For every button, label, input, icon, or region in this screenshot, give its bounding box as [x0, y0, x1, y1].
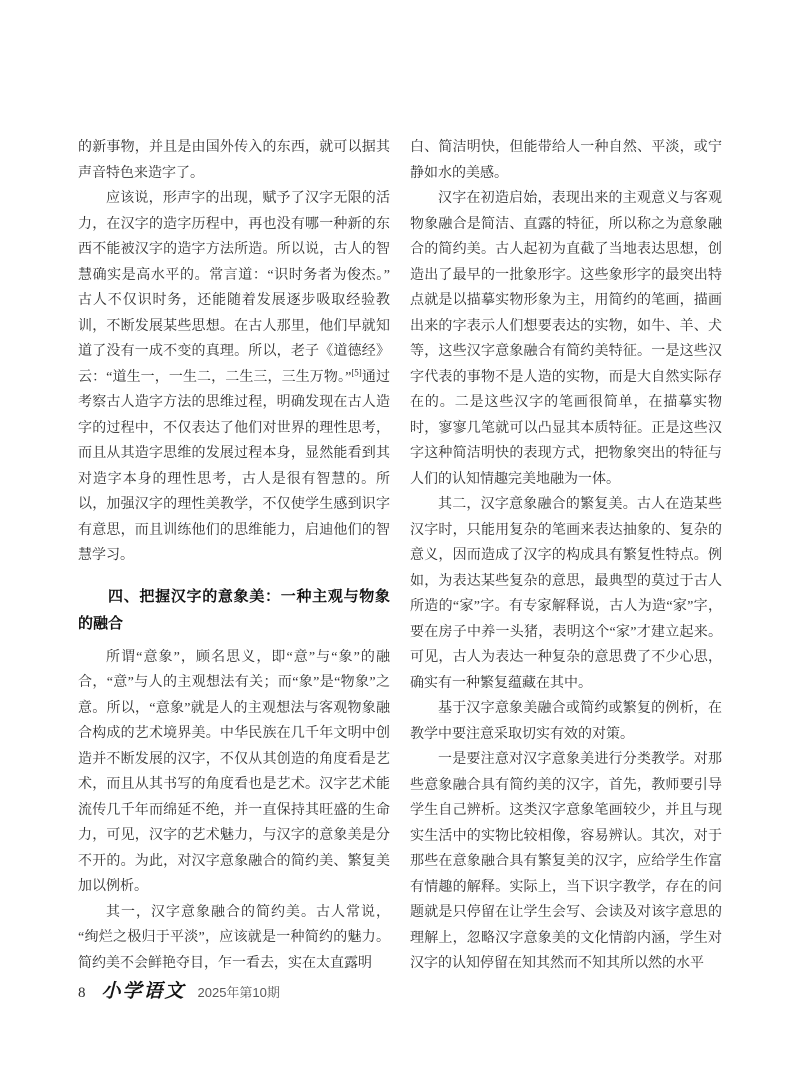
text-run: 所谓“意象”，顾名思义，即“意”与“象”的融合，“意”与人的主观想法有关；而“象…: [78, 650, 390, 895]
right-column: 白、简洁明快，但能带给人一种自然、平淡，或宁静如水的美感。汉字在初造启始，表现出…: [410, 135, 722, 977]
text-run: 四、把握汉字的意象美：一种主观与物象的融合: [78, 588, 390, 632]
body-paragraph: 所谓“意象”，顾名思义，即“意”与“象”的融合，“意”与人的主观想法有关；而“象…: [78, 645, 390, 900]
text-run: 的新事物，并且是由国外传入的东西，就可以据其声音特色来造字了。: [78, 140, 390, 181]
text-run: 应该说，形声字的出现，赋予了汉字无限的活力，在汉字的造字历程中，再也没有哪一种新…: [78, 191, 390, 385]
body-paragraph: 汉字在初造启始，表现出来的主观意义与客观物象融合是简洁、直露的特征，所以称之为意…: [410, 186, 722, 492]
journal-page: 的新事物，并且是由国外传入的东西，就可以据其声音特色来造字了。应该说，形声字的出…: [0, 0, 800, 1077]
text-run: 白、简洁明快，但能带给人一种自然、平淡，或宁静如水的美感。: [410, 140, 722, 181]
footnote-ref: [5]: [351, 367, 362, 377]
body-paragraph: 的新事物，并且是由国外传入的东西，就可以据其声音特色来造字了。: [78, 135, 390, 186]
article-body: 的新事物，并且是由国外传入的东西，就可以据其声音特色来造字了。应该说，形声字的出…: [78, 135, 722, 977]
journal-name: 小学语文: [102, 976, 186, 1003]
text-run: 通过考察古人造字方法的思维过程，明确发现在古人造字的过程中，不仅表达了他们对世界…: [78, 370, 390, 564]
page-footer: 8 小学语文 2025年第10期: [78, 976, 722, 1003]
issue-label: 2025年第10期: [198, 982, 280, 1001]
body-paragraph: 一是要注意对汉字意象美进行分类教学。对那些意象融合具有简约美的汉字，首先，教师要…: [410, 747, 722, 977]
section-heading: 四、把握汉字的意象美：一种主观与物象的融合: [78, 583, 390, 637]
body-paragraph: 白、简洁明快，但能带给人一种自然、平淡，或宁静如水的美感。: [410, 135, 722, 186]
text-run: 汉字在初造启始，表现出来的主观意义与客观物象融合是简洁、直露的特征，所以称之为意…: [410, 191, 722, 487]
text-run: 一是要注意对汉字意象美进行分类教学。对那些意象融合具有简约美的汉字，首先，教师要…: [410, 752, 722, 971]
body-paragraph: 其二，汉字意象融合的繁复美。古人在造某些汉字时，只能用复杂的笔画来表达抽象的、复…: [410, 492, 722, 696]
text-run: 其一，汉字意象融合的简约美。古人常说，“绚烂之极归于平淡”，应该就是一种简约的魅…: [78, 905, 390, 971]
body-paragraph: 应该说，形声字的出现，赋予了汉字无限的活力，在汉字的造字历程中，再也没有哪一种新…: [78, 186, 390, 569]
left-column: 的新事物，并且是由国外传入的东西，就可以据其声音特色来造字了。应该说，形声字的出…: [78, 135, 390, 977]
body-paragraph: 其一，汉字意象融合的简约美。古人常说，“绚烂之极归于平淡”，应该就是一种简约的魅…: [78, 900, 390, 977]
body-paragraph: 基于汉字意象美融合或简约或繁复的例析，在教学中要注意采取切实有效的对策。: [410, 696, 722, 747]
text-run: 其二，汉字意象融合的繁复美。古人在造某些汉字时，只能用复杂的笔画来表达抽象的、复…: [410, 497, 722, 691]
page-number: 8: [78, 985, 86, 1002]
text-run: 基于汉字意象美融合或简约或繁复的例析，在教学中要注意采取切实有效的对策。: [410, 701, 722, 742]
